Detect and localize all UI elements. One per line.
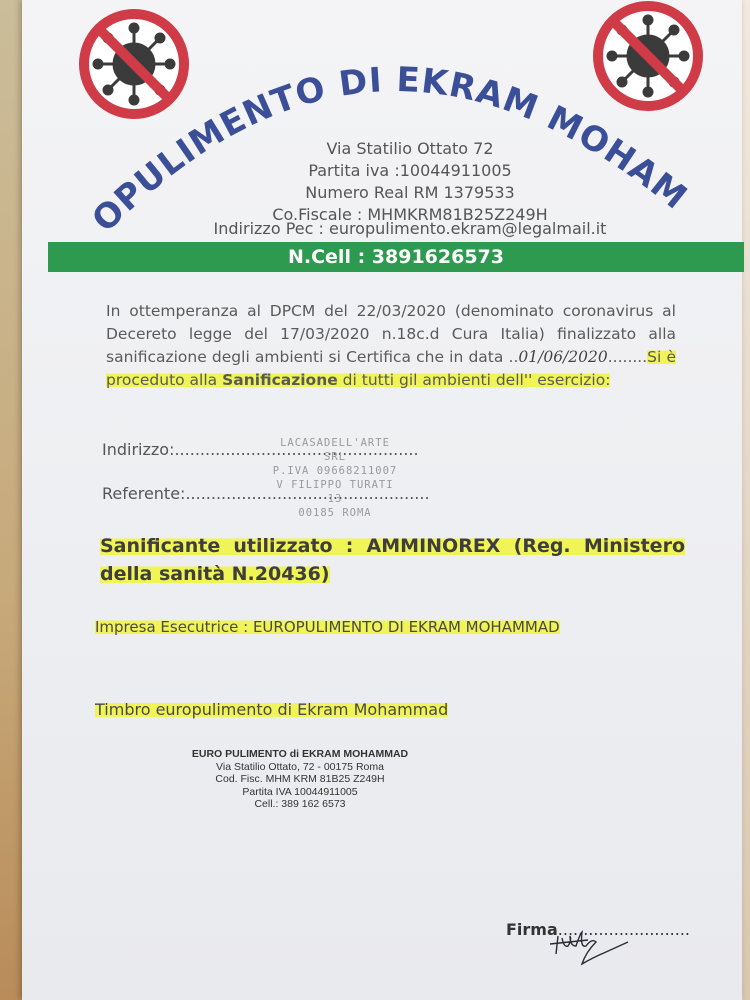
company-vat: Partita iva :10044911005 <box>150 160 670 182</box>
stamp-line: EURO PULIMENTO di EKRAM MOHAMMAD <box>185 748 415 761</box>
certification-paragraph: In ottemperanza al DPCM del 22/03/2020 (… <box>106 300 676 392</box>
company-stamp: EURO PULIMENTO di EKRAM MOHAMMAD Via Sta… <box>185 748 415 811</box>
indirizzo-label: Indirizzo: <box>102 440 174 459</box>
handwritten-date: 01/06/2020 <box>518 348 607 366</box>
stamp-line: Cod. Fisc. MHM KRM 81B25 Z249H <box>185 773 415 786</box>
referente-label: Referente: <box>102 484 185 503</box>
stamp-label-text: Timbro europulimento di Ekram Mohammad <box>95 700 448 719</box>
client-stamp-line: P.IVA 09668211007 <box>270 464 400 478</box>
company-address: Via Statilio Ottato 72 <box>150 138 670 160</box>
company-pec: Indirizzo Pec : europulimento.ekram@lega… <box>110 218 710 240</box>
stamp-line: Cell.: 389 162 6573 <box>185 798 415 811</box>
client-stamp: LACASADELL'ARTE SRL P.IVA 09668211007 V … <box>270 436 400 520</box>
date-dots: .. <box>509 348 519 366</box>
stamp-label: Timbro europulimento di Ekram Mohammad <box>95 700 448 719</box>
client-stamp-line: 00185 ROMA <box>270 506 400 520</box>
executing-company-text: Impresa Esecutrice : EUROPULIMENTO DI EK… <box>95 618 560 636</box>
date-dots: ........ <box>608 348 647 366</box>
cell-number-bar: N.Cell : 3891626573 <box>48 242 744 272</box>
handwritten-signature <box>548 930 638 972</box>
client-stamp-line: V FILIPPO TURATI 13 <box>270 478 400 506</box>
company-rea: Numero Real RM 1379533 <box>150 182 670 204</box>
executing-company: Impresa Esecutrice : EUROPULIMENTO DI EK… <box>95 618 560 636</box>
sanificazione-bold: Sanificazione <box>222 371 338 389</box>
sanitizer-text: Sanificante utilizzato : AMMINOREX (Reg.… <box>100 535 685 585</box>
stamp-line: Via Statilio Ottato, 72 - 00175 Roma <box>185 761 415 774</box>
sanitizer-used: Sanificante utilizzato : AMMINOREX (Reg.… <box>100 532 685 588</box>
client-stamp-line: LACASADELL'ARTE SRL <box>270 436 400 464</box>
stamp-line: Partita IVA 10044911005 <box>185 786 415 799</box>
highlighted-text: di tutti gil ambienti dell'' esercizio: <box>338 371 611 389</box>
